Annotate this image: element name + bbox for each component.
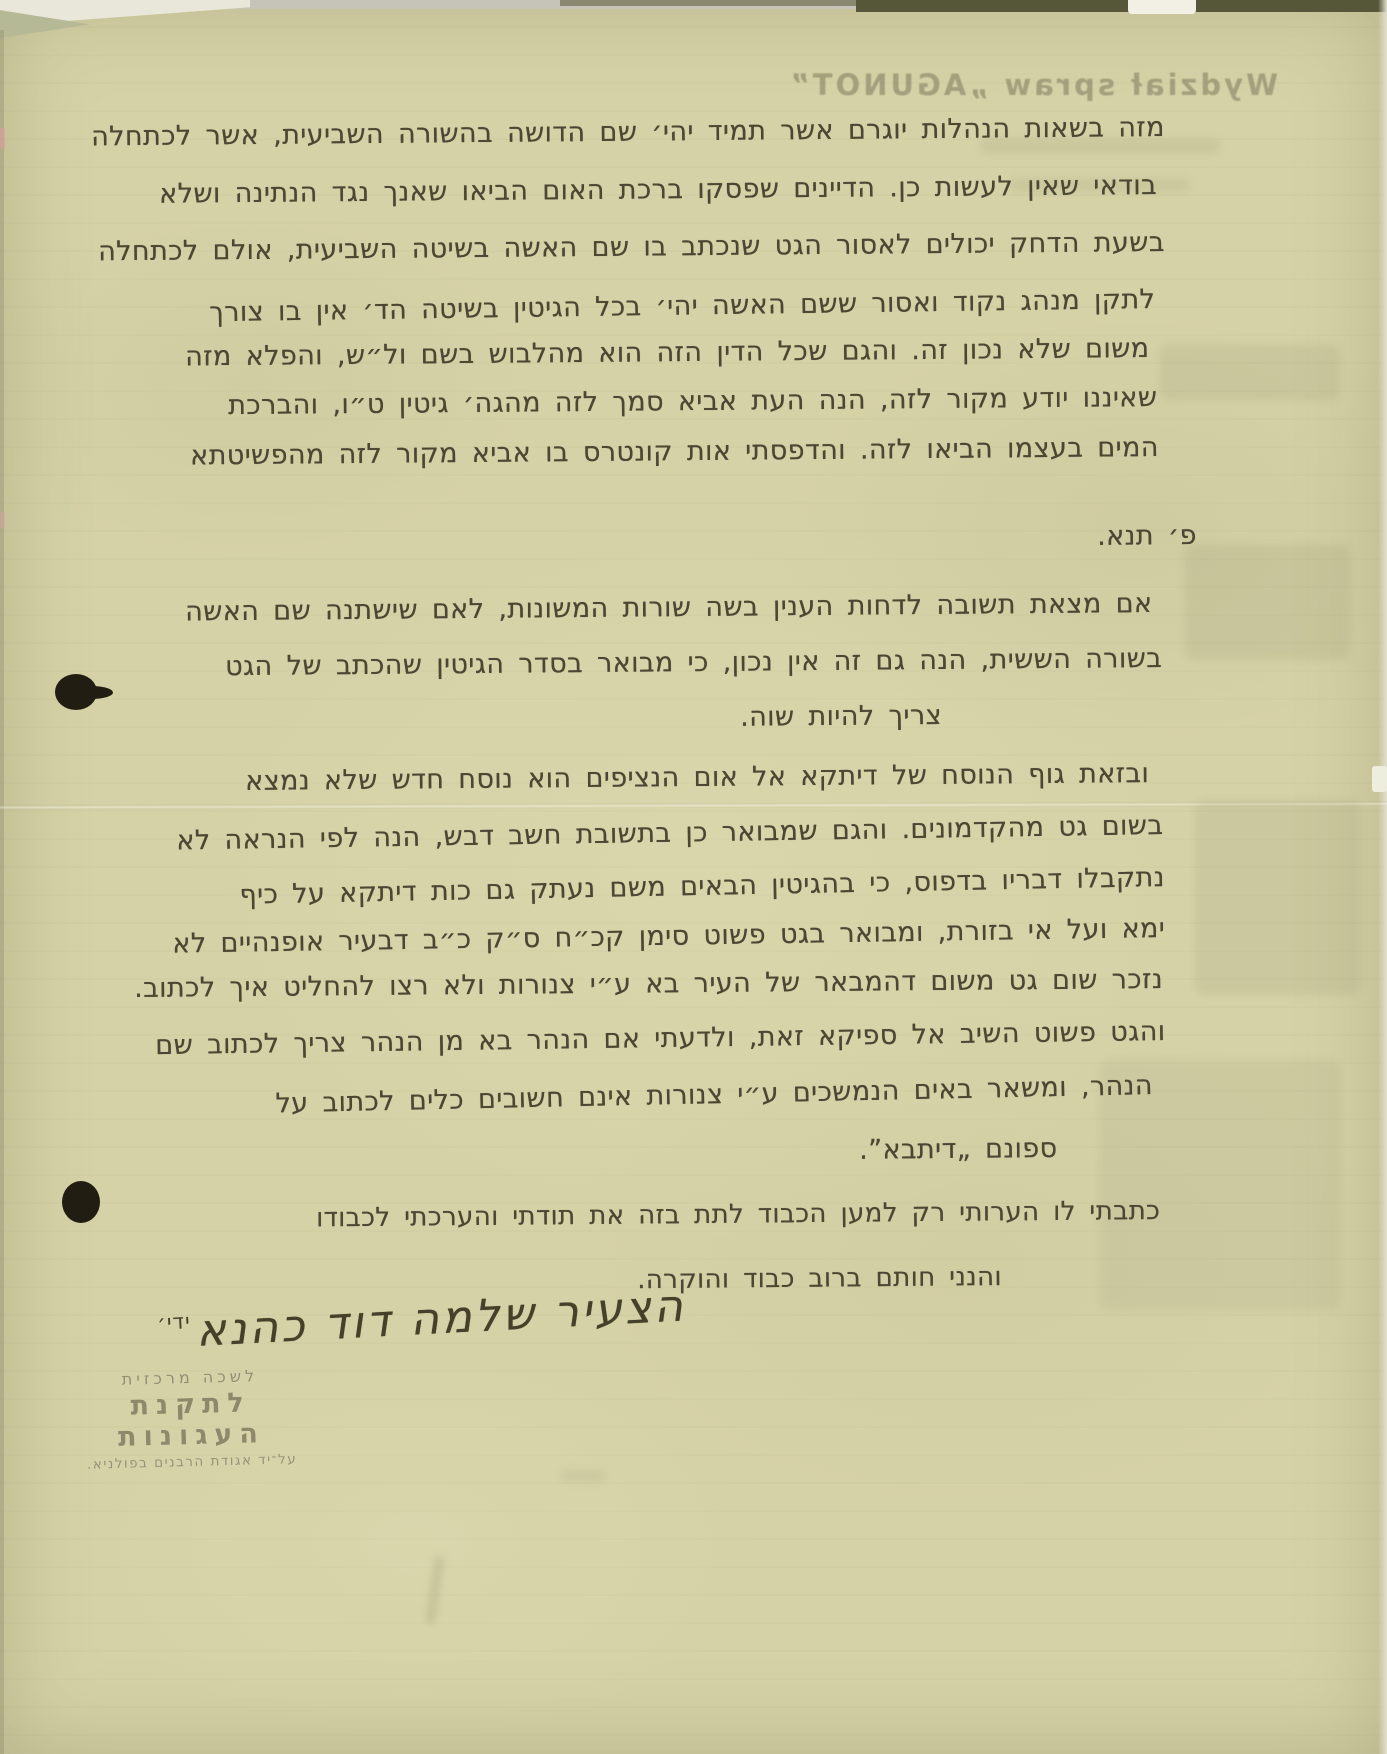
ink-blot [55,674,97,710]
scanner-strip-olive-thin [560,0,860,6]
pencil-smudge [560,1470,606,1482]
scanner-strip-dark [856,0,1387,12]
signature-prefix: ידי׳ [157,1309,192,1335]
bleedthrough-smudge [1195,800,1360,995]
fold-edge-notch [1372,766,1387,792]
handwritten-line: ספונם „דיתבא”. [859,1133,1058,1166]
bleedthrough-smudge [1160,345,1340,400]
handwritten-line: פ׳ תנא. [1097,520,1197,552]
handwritten-line: צריך להיות שוה. [740,700,942,733]
scan-artifact-tick [0,512,5,528]
ink-blot [62,1181,100,1223]
scan-artifact-tick [0,128,5,148]
rubber-stamp: לשכה מרכזית לתקנת העגונות על־יד אגודת הר… [55,1364,328,1473]
stamp-line-agunot: לתקנת העגונות [55,1385,327,1454]
paper-left-edge [0,30,4,1754]
paper-edge-notch [1128,0,1196,14]
paper-right-edge [1378,0,1387,1754]
bleedthrough-letterhead-text: Wydział spraw „AGUNOT” [838,68,1278,108]
bleedthrough-smudge [1185,545,1350,660]
handwritten-line: והנני חותם ברוב כבוד והוקרה. [637,1262,1002,1295]
scanned-letter-page: Wydział spraw „AGUNOT” מזה בשאות הנהלות … [0,0,1387,1754]
